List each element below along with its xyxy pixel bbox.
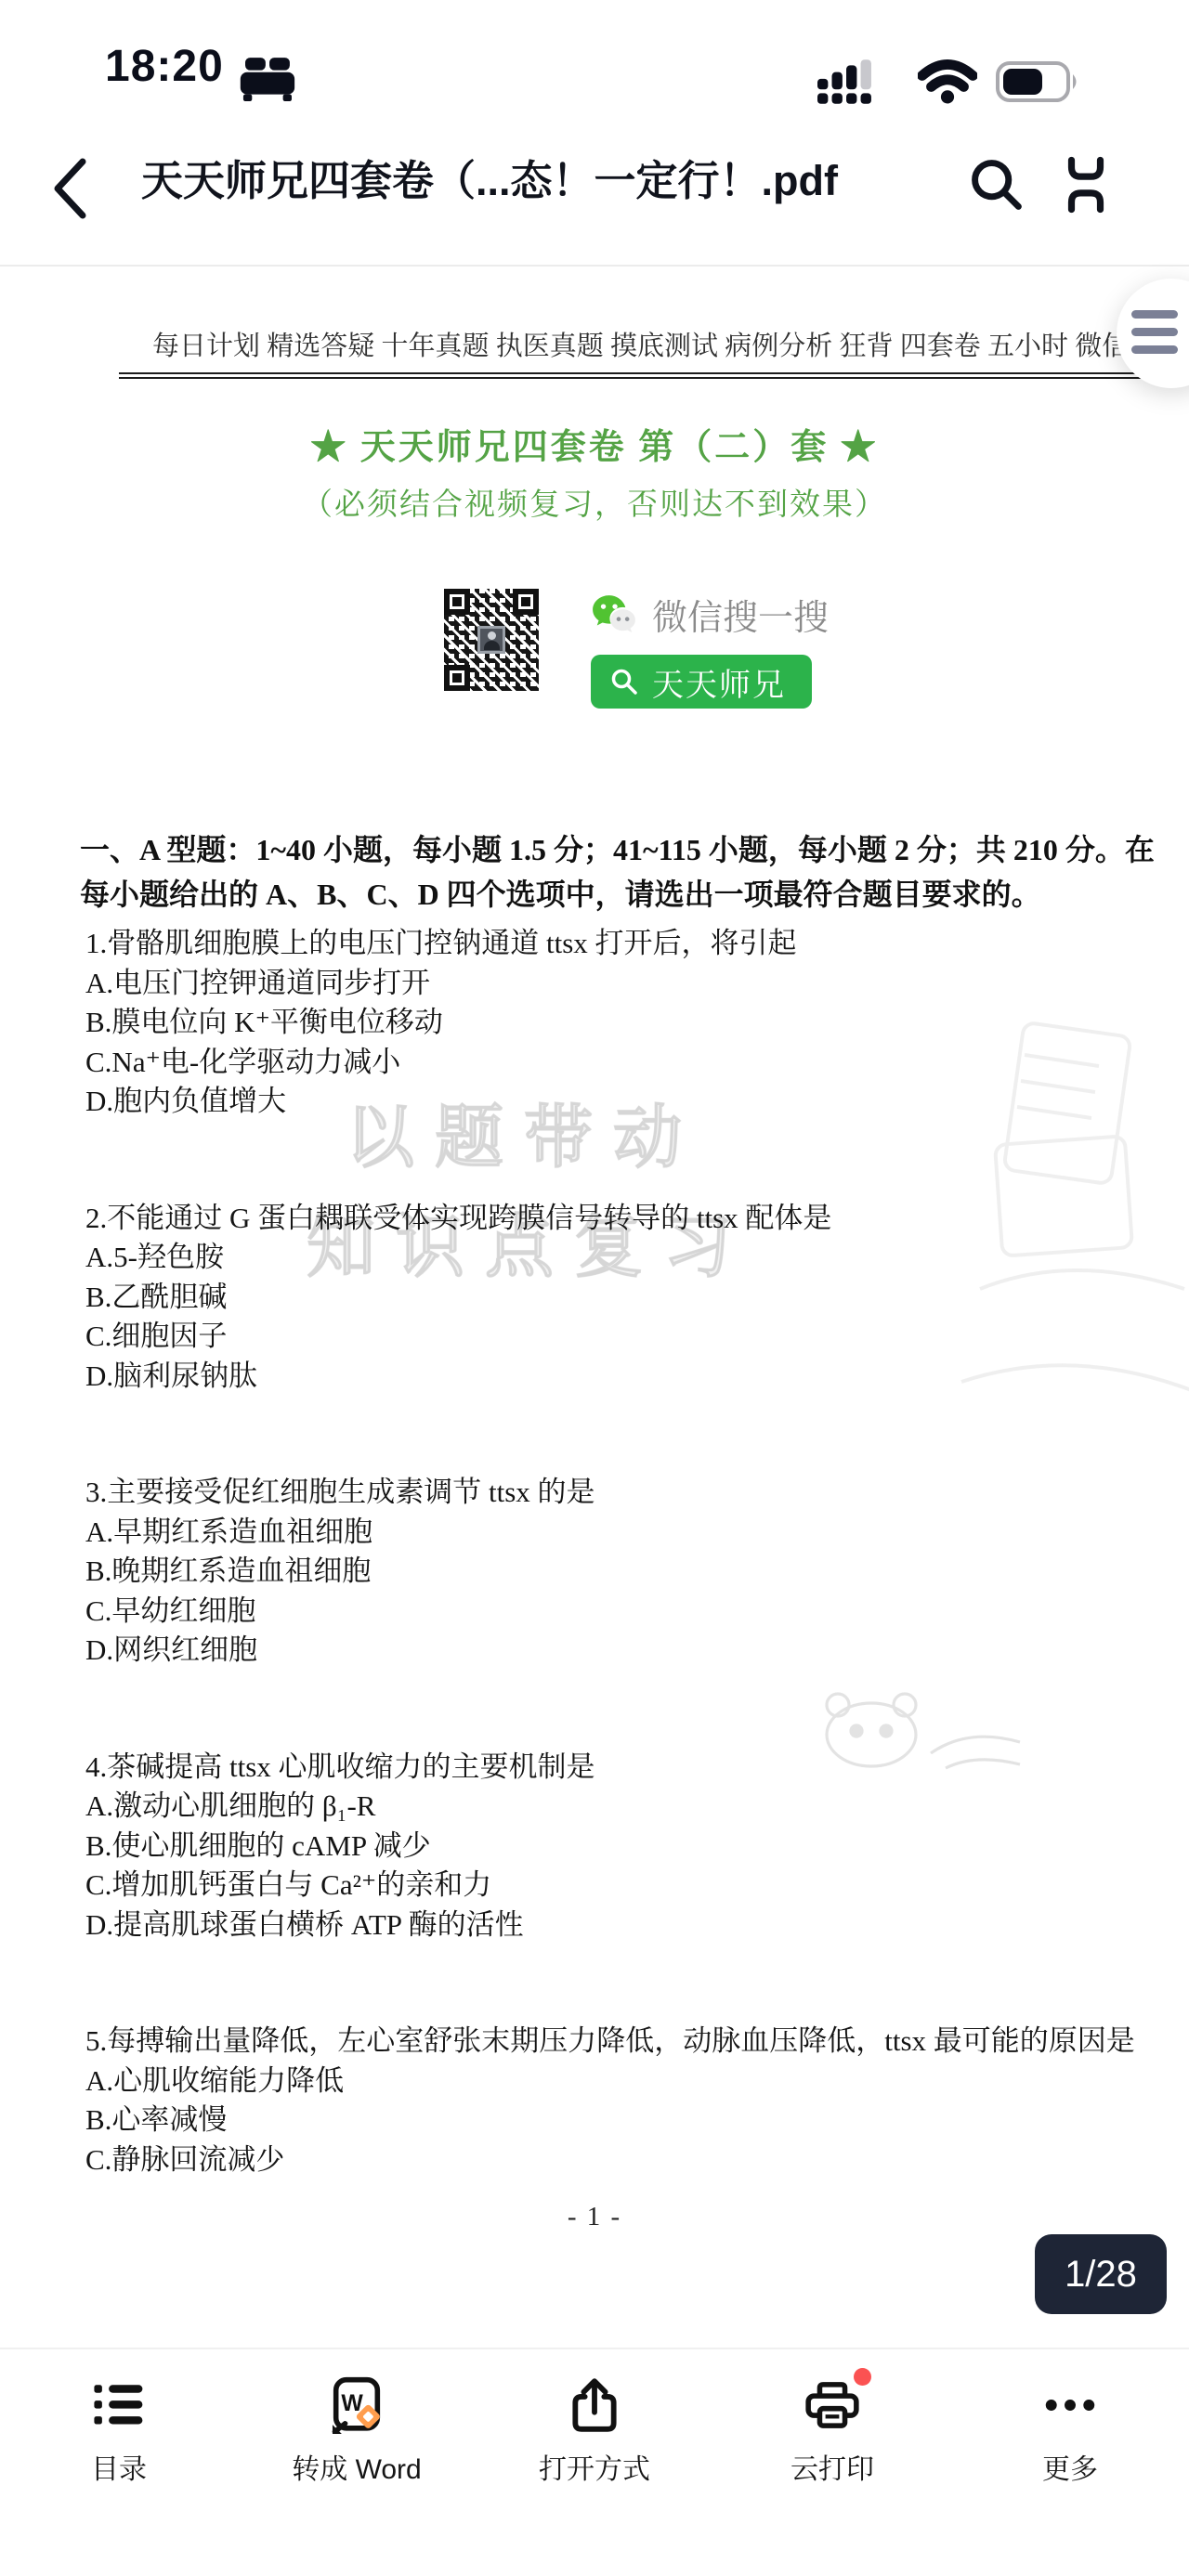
document-tabs-icon[interactable]: [1057, 156, 1115, 214]
cellular-signal-icon: [817, 59, 873, 104]
notification-dot: [854, 2368, 871, 2386]
question-stem: 5.每搏输出量降低，左心室舒张末期压力降低，动脉血压降低，ttsx 最可能的原因…: [85, 2022, 1152, 2062]
printer-icon: [803, 2374, 862, 2437]
toolbar-item-cloud-print[interactable]: 云打印: [713, 2349, 951, 2576]
sleep-mode-bed-icon: [240, 56, 297, 102]
nav-bar: 天天师兄四套卷（...态！一定行！.pdf: [0, 111, 1189, 267]
option-b: B.乙酰胆碱: [85, 1278, 1152, 1318]
wechat-search-pill: 天天师兄: [591, 655, 812, 709]
search-icon: [609, 667, 639, 696]
option-a: A.5-羟色胺: [85, 1238, 1152, 1278]
option-c: C.Na⁺电-化学驱动力减小: [85, 1043, 1152, 1083]
toolbar-item-contents[interactable]: 目录: [0, 2349, 238, 2576]
option-b: B.膜电位向 K⁺平衡电位移动: [85, 1003, 1152, 1043]
qr-center-avatar: [477, 626, 505, 654]
pdf-page-number: - 1 -: [0, 2202, 1189, 2232]
option-a: A.电压门控钾通道同步打开: [85, 964, 1152, 1004]
question-5: 5.每搏输出量降低，左心室舒张末期压力降低，动脉血压降低，ttsx 最可能的原因…: [85, 2022, 1152, 2179]
battery-icon: [996, 61, 1081, 102]
question-stem: 2.不能通过 G 蛋白耦联受体实现跨膜信号转导的 ttsx 配体是: [85, 1199, 1152, 1239]
toolbar-item-more[interactable]: 更多: [951, 2349, 1189, 2576]
option-a: A.激动心肌细胞的 β₁-R: [85, 1787, 1152, 1827]
status-bar: 18:20: [0, 0, 1189, 111]
more-dots-icon: [1041, 2374, 1099, 2437]
question-1: 1.骨骼肌细胞膜上的电压门控钠通道 ttsx 打开后，将引起 A.电压门控钾通道…: [85, 924, 1152, 1122]
option-c: C.增加肌钙蛋白与 Ca²⁺的亲和力: [85, 1866, 1152, 1906]
page-indicator-badge: 1/28: [1035, 2234, 1167, 2314]
question-stem: 4.茶碱提高 ttsx 心肌收缩力的主要机制是: [85, 1748, 1152, 1788]
toolbar-item-convert-word[interactable]: W 转成 Word: [238, 2349, 476, 2576]
option-a: A.早期红系造血祖细胞: [85, 1513, 1152, 1553]
hamburger-icon: [1131, 310, 1178, 319]
page-header-strip: 每日计划 精选答疑 十年真题 执医真题 摸底测试 病例分析 狂背 四套卷 五小时…: [119, 325, 1189, 379]
share-open-icon: [566, 2374, 623, 2437]
wechat-logo-icon: [591, 593, 637, 636]
question-2: 2.不能通过 G 蛋白耦联受体实现跨膜信号转导的 ttsx 配体是 A.5-羟色…: [85, 1199, 1152, 1397]
question-3: 3.主要接受促红细胞生成素调节 ttsx 的是 A.早期红系造血祖细胞 B.晚期…: [85, 1473, 1152, 1671]
section-header: 一、A 型题：1~40 小题，每小题 1.5 分；41~115 小题，每小题 2…: [80, 827, 1161, 917]
wechat-search-label: 微信搜一搜: [652, 589, 829, 640]
wifi-icon: [918, 59, 977, 104]
qr-code: [444, 589, 539, 691]
option-a: A.心肌收缩能力降低: [85, 2062, 1152, 2101]
toolbar-label: 转成 Word: [292, 2446, 421, 2487]
option-c: C.静脉回流减少: [85, 2140, 1152, 2180]
question-stem: 3.主要接受促红细胞生成素调节 ttsx 的是: [85, 1473, 1152, 1513]
toolbar-label: 目录: [91, 2446, 147, 2487]
pdf-page-view[interactable]: 以题带动 知识点复习 每日计划 精选答疑 十年真题 执医真题 摸底测试 病例分析…: [0, 267, 1189, 2344]
option-d: D.网织红细胞: [85, 1631, 1152, 1671]
wechat-account-name: 天天师兄: [652, 659, 786, 705]
option-b: B.心率减慢: [85, 2101, 1152, 2140]
toolbar-item-open-with[interactable]: 打开方式: [476, 2349, 713, 2576]
wechat-promo-block: 微信搜一搜 天天师兄: [444, 589, 1189, 709]
toolbar-label: 打开方式: [539, 2446, 650, 2487]
contents-list-icon: [89, 2374, 149, 2437]
search-icon[interactable]: [966, 154, 1027, 215]
option-d: D.脑利尿钠肽: [85, 1357, 1152, 1397]
back-button[interactable]: [50, 158, 91, 219]
word-convert-icon: W: [326, 2374, 387, 2437]
exam-subtitle: （必须结合视频复习，否则达不到效果）: [0, 480, 1189, 524]
option-c: C.细胞因子: [85, 1317, 1152, 1357]
question-4: 4.茶碱提高 ttsx 心肌收缩力的主要机制是 A.激动心肌细胞的 β₁-R B…: [85, 1748, 1152, 1945]
bottom-toolbar: 目录 W 转成 Word 打开方式: [0, 2348, 1189, 2576]
toolbar-label: 更多: [1042, 2446, 1098, 2487]
option-c: C.早幼红细胞: [85, 1592, 1152, 1632]
option-d: D.胞内负值增大: [85, 1082, 1152, 1122]
question-stem: 1.骨骼肌细胞膜上的电压门控钠通道 ttsx 打开后，将引起: [85, 924, 1152, 964]
document-title: 天天师兄四套卷（...态！一定行！.pdf: [141, 147, 940, 207]
question-list: 1.骨骼肌细胞膜上的电压门控钠通道 ttsx 打开后，将引起 A.电压门控钾通道…: [85, 924, 1152, 2179]
option-b: B.晚期红系造血祖细胞: [85, 1552, 1152, 1592]
exam-title: ★ 天天师兄四套卷 第（二）套 ★: [0, 418, 1189, 469]
status-time: 18:20: [105, 41, 224, 92]
toolbar-label: 云打印: [790, 2446, 874, 2487]
option-b: B.使心肌细胞的 cAMP 减少: [85, 1827, 1152, 1867]
option-d: D.提高肌球蛋白横桥 ATP 酶的活性: [85, 1906, 1152, 1945]
